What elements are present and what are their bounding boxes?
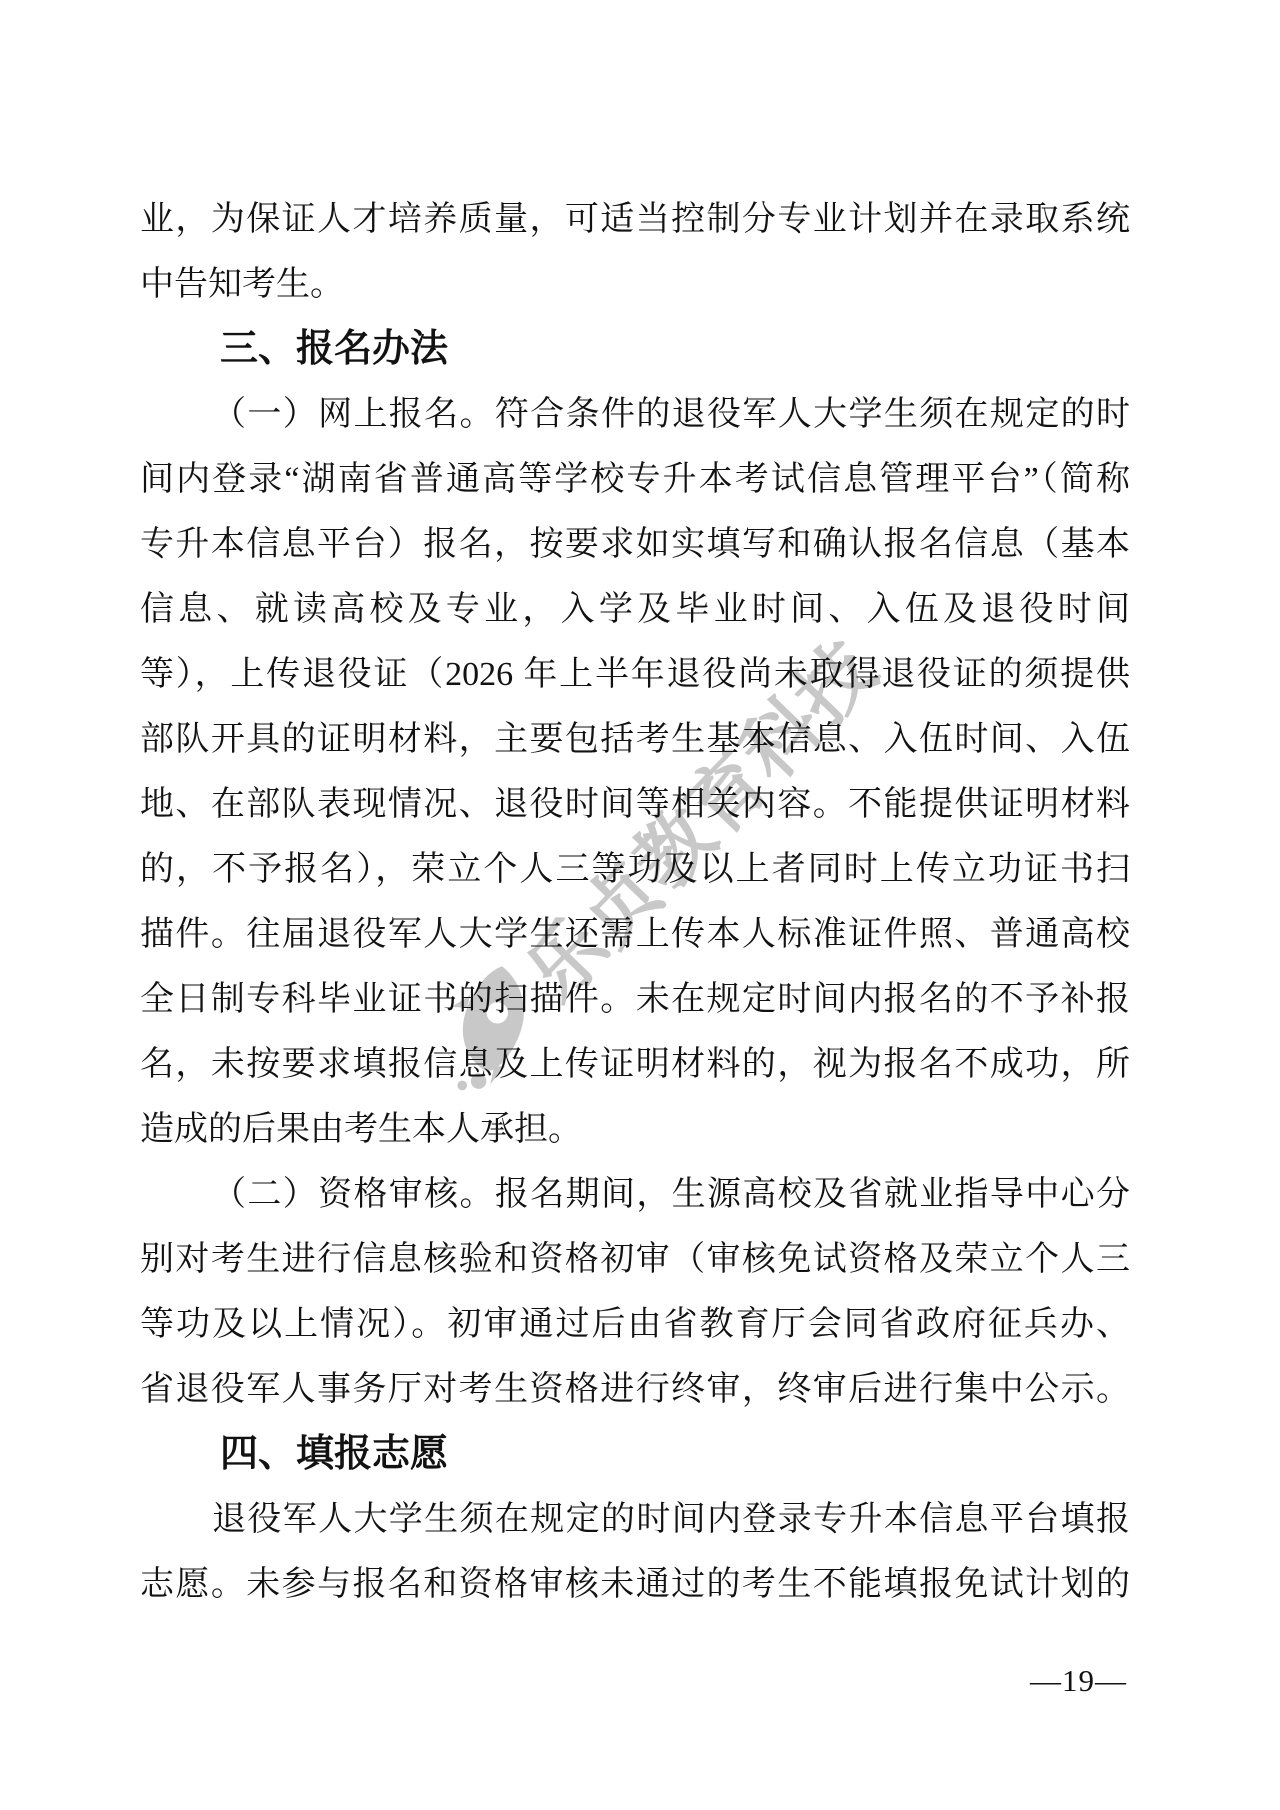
text-line: 中告知考生。 [140, 252, 1130, 317]
text-line: 省退役军人事务厅对考生资格进行终审，终审后进行集中公示。 [140, 1357, 1130, 1422]
text-line: 信息、就读高校及专业，入学及毕业时间、入伍及退役时间 [140, 577, 1130, 642]
text-body: 业，为保证人才培养质量，可适当控制分专业计划并在录取系统 中告知考生。 三、报名… [140, 187, 1130, 1617]
text-line: 全日制专科毕业证书的扫描件。未在规定时间内报名的不予补报 [140, 967, 1130, 1032]
page-number: —19— [1030, 1663, 1127, 1699]
text-line: （二）资格审核。报名期间，生源高校及省就业指导中心分 [140, 1162, 1130, 1227]
text-line: 名，未按要求填报信息及上传证明材料的，视为报名不成功，所 [140, 1032, 1130, 1097]
section-heading-3: 三、报名办法 [140, 317, 1130, 382]
text-line: 地、在部队表现情况、退役时间等相关内容。不能提供证明材料 [140, 772, 1130, 837]
text-line: 专升本信息平台）报名，按要求如实填写和确认报名信息（基本 [140, 512, 1130, 577]
text-line: 志愿。未参与报名和资格审核未通过的考生不能填报免试计划的 [140, 1552, 1130, 1617]
text-line: （一）网上报名。符合条件的退役军人大学生须在规定的时 [140, 382, 1130, 447]
section-heading-4: 四、填报志愿 [140, 1422, 1130, 1487]
text-line: 业，为保证人才培养质量，可适当控制分专业计划并在录取系统 [140, 187, 1130, 252]
document-page: 乐贞教育科技 业，为保证人才培养质量，可适当控制分专业计划并在录取系统 中告知考… [0, 0, 1280, 1810]
text-line: 退役军人大学生须在规定的时间内登录专升本信息平台填报 [140, 1487, 1130, 1552]
text-line: 等），上传退役证（2026 年上半年退役尚未取得退役证的须提供 [140, 642, 1130, 707]
text-line: 描件。往届退役军人大学生还需上传本人标准证件照、普通高校 [140, 902, 1130, 967]
text-line: 别对考生进行信息核验和资格初审（审核免试资格及荣立个人三 [140, 1227, 1130, 1292]
text-line: 间内登录“湖南省普通高等学校专升本考试信息管理平台”（简称 [140, 447, 1130, 512]
text-line: 的，不予报名），荣立个人三等功及以上者同时上传立功证书扫 [140, 837, 1130, 902]
text-line: 等功及以上情况）。初审通过后由省教育厅会同省政府征兵办、 [140, 1292, 1130, 1357]
text-line: 部队开具的证明材料，主要包括考生基本信息、入伍时间、入伍 [140, 707, 1130, 772]
text-line: 造成的后果由考生本人承担。 [140, 1097, 1130, 1162]
